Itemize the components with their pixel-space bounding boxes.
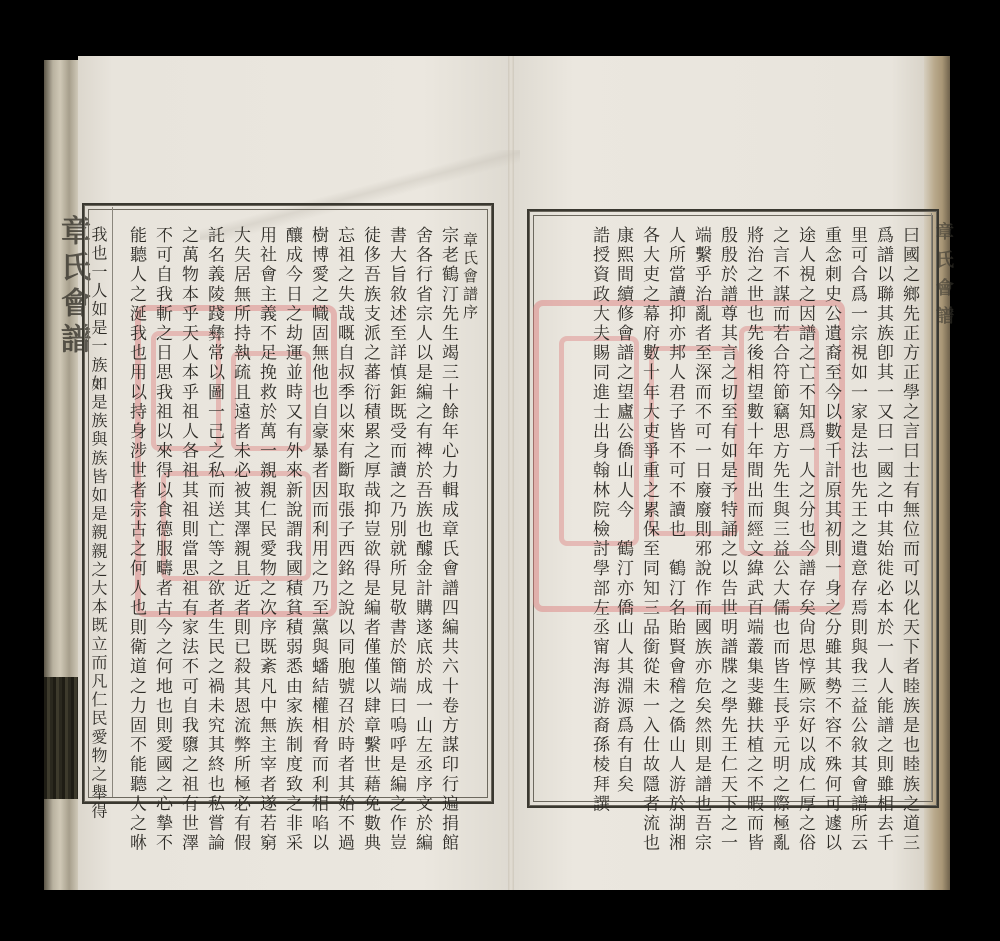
text-column: 書大旨敘述至詳慎鉅既受而讀之乃別就所見敬書於簡端曰嗚呼是編之作豈 bbox=[387, 226, 404, 853]
book-page-stack-shadow bbox=[44, 677, 80, 799]
text-column: 途人視之因譜之亡不知爲一人之分也今譜存矣尙思惇厥宗好以成仁厚之俗 bbox=[796, 226, 813, 853]
text-column: 樹博愛之幟固無他也自豪暴者因而利用之乃至黨與蟠結權相脅而利相啗以 bbox=[309, 226, 326, 853]
text-column: 殷殷於譜尊其言之切至有如是予特誦之以告世明譜牒之學先王仁天下之一 bbox=[718, 226, 735, 853]
text-column: 釀成今日之劫運並時又有外來新說謂我國積貧積弱悉由家族制度致之非采 bbox=[283, 226, 300, 853]
text-column: 端繫乎治亂者至深而不可一日廢廢則邪說作而國族亦危矣然則是譜也吾宗 bbox=[692, 226, 709, 853]
text-column: 各大吏之幕府數十年大吏爭重之累保至同知三品銜從未一入仕故隱者流也 bbox=[640, 226, 657, 853]
text-column: 宗老鶴汀先生竭三十餘年心力輯成章氏會譜四編共六十卷方謀印行遍捐館 bbox=[439, 226, 456, 853]
text-column: 託名義陵踐彝常以圖一己之私而送亡等之欲者生民之禍未究其終也私嘗論 bbox=[205, 226, 222, 853]
text-column: 大失居無所持執疏且遠者未必被其澤親且近者則已殺其恩流弊所極必有假 bbox=[231, 226, 248, 853]
text-column: 徒侈吾族支派之蕃衍積累之厚哉抑豈欲得是編者僅僅以肆章繫世藉免數典 bbox=[361, 226, 378, 853]
text-column: 曰國之鄉先正方正學之言曰士有無位而可以化天下者睦族是也睦族之道三 bbox=[900, 226, 917, 853]
text-column: 我也一人如是一族如是族與族皆如是親親之大本既立而凡仁民愛物之舉得 bbox=[90, 226, 106, 821]
preface-title: 章氏會譜序 bbox=[462, 232, 477, 322]
text-column: 之萬物本乎天人本乎祖人各祖其祖則當思祖有家法不可自我隳之祖有世澤 bbox=[179, 226, 196, 853]
text-column: 人所當讀抑亦邦人君子皆不可不讀也 鶴汀名貽賢會稽之僑山人游於湖湘 bbox=[666, 226, 683, 853]
text-column: 重念刺史公遺裔至今以數千計原其初則一身之分雖其勢不容不殊何可遽以 bbox=[822, 226, 839, 853]
text-column: 爲譜以聯其族卽其一又曰一國之中其始徙必本於一人人能譜之則雖相去千 bbox=[874, 226, 891, 853]
margin-book-title: 章氏會譜 bbox=[930, 222, 956, 334]
column-rule bbox=[112, 207, 113, 797]
text-column: 之言不謀而若合符節竊思方先生與三益公大儒也而皆生長乎元明之際極亂 bbox=[770, 226, 787, 853]
text-column: 將治之世也先後相望數十年間出而經文緯武百端叢集斐難扶植之不暇而皆 bbox=[744, 226, 761, 853]
text-column: 誥授資政大夫賜同進士出身翰林院檢討學部左丞甯海海游裔孫棱拜譔 bbox=[590, 226, 607, 814]
text-column: 能聽人之涎我也用以持身涉世者宗古之何人也則衛道之力固不能聽人之咻 bbox=[127, 226, 144, 853]
text-column: 忘祖之失哉嘅自叔季以來有斷取張子西銘之說以同胞號召於時者其始不過 bbox=[335, 226, 352, 853]
text-column: 不可自我斬之日思我祖以來得以食德服疇者古今之何地也則愛國之心摯不 bbox=[153, 226, 170, 853]
text-column: 康熙間續修會譜之望廬公僑山人今 鶴汀亦僑山人其淵源爲有自矣 bbox=[614, 226, 631, 794]
text-column: 里可合爲一宗視如一家是法也先王之遺意存焉則與我三益公敘其會譜所云 bbox=[848, 226, 865, 853]
text-column: 用社會主義不足挽救於萬一親親仁民愛物之次序既紊凡中無主宰者遂若窮 bbox=[257, 226, 274, 853]
text-column: 舍各行省宗人以是編之有裨於吾族也醵金計購遂底於成一山左丞序文於編 bbox=[413, 226, 430, 853]
